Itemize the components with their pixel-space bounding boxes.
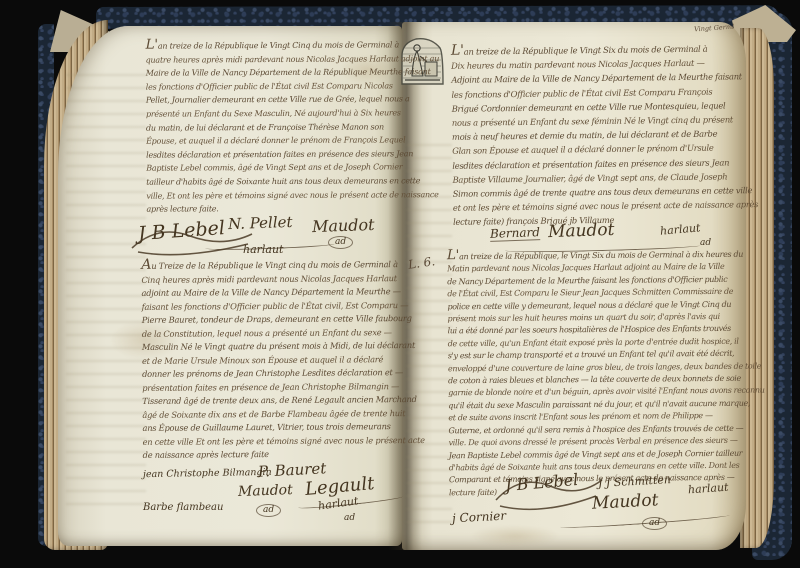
manuscript-line: lesdites déclaration et présentation fai…: [146, 147, 398, 162]
signature-maudot: Maudot: [592, 490, 659, 513]
manuscript-line: en cette ville Et ont les père et témoin…: [143, 434, 399, 449]
manuscript-line: Masculin Né le Vingt quatre du présent m…: [142, 339, 398, 354]
signature-bilmangin: jean Christophe Bilmangin: [143, 467, 272, 480]
signature-ad-paraph: ad: [256, 504, 281, 517]
signature-cornier: j Cornier: [452, 509, 507, 526]
manuscript-line: ans Épouse de Guillaume Lauret, Vitrier,…: [142, 420, 398, 435]
manuscript-line: du matin, de lui déclarant et de Françoi…: [146, 120, 398, 135]
signature-bernard: Bernard: [490, 225, 540, 242]
birth-act-left-1: L'an treize de la République le Vingt Ci…: [146, 37, 399, 216]
signature-ad-paraph: ad: [700, 238, 711, 248]
manuscript-line: Pellet, Journalier demeurant en cette Vi…: [146, 93, 398, 108]
manuscript-line: Pierre Bauret, tondeur de Draps, demeura…: [142, 312, 398, 327]
signature-maudot: Maudot: [238, 482, 293, 500]
signature-ad-paraph: ad: [328, 236, 353, 249]
manuscript-line: Baptiste Lebel commis, âgé de Vingt Sept…: [146, 161, 398, 176]
manuscript-line: quatre heures après midi pardevant nous …: [146, 52, 398, 67]
manuscript-line: Au Treize de la République le Vingt cinq…: [141, 257, 397, 273]
signature-flambeau: Barbe flambeau: [143, 502, 223, 513]
age-spot: [470, 525, 560, 547]
signature-pellet: N. Pellet: [228, 213, 293, 233]
signature-ad-paraph: ad: [344, 513, 355, 523]
manuscript-line: ville, Et ont les père et témoins signé …: [146, 188, 398, 203]
manuscript-line: Épouse, et auquel il a déclaré donner le…: [146, 133, 398, 148]
birth-act-left-2: Au Treize de la République le Vingt cinq…: [141, 257, 398, 462]
birth-act-right-1: L'an treize de la République le Vingt Si…: [451, 40, 745, 229]
manuscript-line: présenté un Enfant du Sexe Masculin, Né …: [146, 106, 398, 121]
manuscript-line: L'an treize de la République le Vingt Ci…: [146, 37, 398, 53]
manuscript-line: adjoint au Maire de la Ville de Nancy Dé…: [141, 285, 397, 300]
signature-ad-paraph: ad: [642, 517, 667, 530]
signature-maudot: Maudot: [312, 215, 375, 236]
manuscript-line: Maire de la Ville de Nancy Département d…: [146, 66, 398, 81]
archival-scan: Vingt Germl L. 6. L'an treize de la Répu…: [0, 0, 800, 568]
manuscript-line: tailleur d'habits âgé de Soixante huit a…: [146, 174, 398, 189]
birth-act-right-2: L'an treize de la République, le Vingt S…: [447, 247, 745, 500]
manuscript-line: Tisserand âgé de trente deux ans, de Ren…: [142, 393, 398, 408]
signature-harlaut: harlaut: [243, 243, 283, 256]
manuscript-line: donner les prénoms de Jean Christophe Le…: [142, 366, 398, 381]
manuscript-line: de naissance après lecture faite: [143, 447, 399, 462]
bleedthrough-left-margin: [66, 70, 146, 510]
signature-maudot: Maudot: [548, 220, 615, 242]
manuscript-line: les fonctions d'Officier public de l'Éta…: [146, 79, 398, 94]
